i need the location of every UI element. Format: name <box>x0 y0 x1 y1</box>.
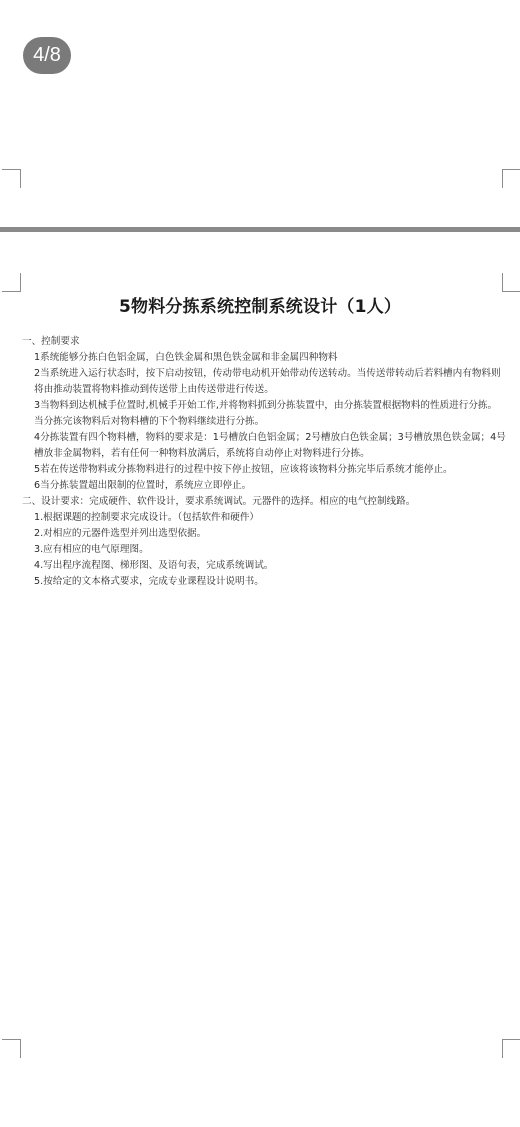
list-item: 6当分拣装置超出限制的位置时，系统应立即停止。 <box>22 478 506 494</box>
page-indicator-badge: 4/8 <box>23 37 71 74</box>
list-item: 3.应有相应的电气原理图。 <box>22 542 506 558</box>
crop-mark-bottom-right <box>502 1039 520 1058</box>
list-item: 1.根据课题的控制要求完成设计。（包括软件和硬件） <box>22 510 506 526</box>
crop-mark-top-right <box>502 169 520 188</box>
list-item: 4.写出程序流程图、梯形图、及语句表，完成系统调试。 <box>22 558 506 574</box>
list-item: 5.按给定的文本格式要求，完成专业课程设计说明书。 <box>22 574 506 590</box>
list-item: 4分拣装置有四个物料槽，物料的要求是：1号槽放白色铝金属；2号槽放白色铁金属；3… <box>22 430 506 462</box>
list-item: 5若在传送带物料或分拣物料进行的过程中按下停止按钮，应该将该物料分拣完毕后系统才… <box>22 462 506 478</box>
crop-mark-mid-right <box>502 273 520 292</box>
page-divider <box>0 227 520 232</box>
list-item: 2.对相应的元器件选型并列出选型依据。 <box>22 526 506 542</box>
section-heading-design: 二、设计要求：完成硬件、软件设计，要求系统调试。元器件的选择。相应的电气控制线路… <box>22 494 506 510</box>
list-item: 3当物料到达机械手位置时,机械手开始工作,并将物料抓到分拣装置中，由分拣装置根据… <box>22 398 506 430</box>
list-item: 2当系统进入运行状态时，按下启动按钮，传动带电动机开始带动传送转动。当传送带转动… <box>22 366 506 398</box>
document-title: 5物料分拣系统控制系统设计（1人） <box>0 292 520 317</box>
crop-mark-top-left <box>2 169 21 188</box>
document-body: 一、控制要求 1系统能够分拣白色铝金属，白色铁金属和黑色铁金属和非金属四种物料 … <box>22 334 506 590</box>
crop-mark-bottom-left <box>2 1039 21 1058</box>
list-item: 1系统能够分拣白色铝金属，白色铁金属和黑色铁金属和非金属四种物料 <box>22 350 506 366</box>
crop-mark-mid-left <box>2 273 21 292</box>
section-heading-control: 一、控制要求 <box>22 334 506 350</box>
